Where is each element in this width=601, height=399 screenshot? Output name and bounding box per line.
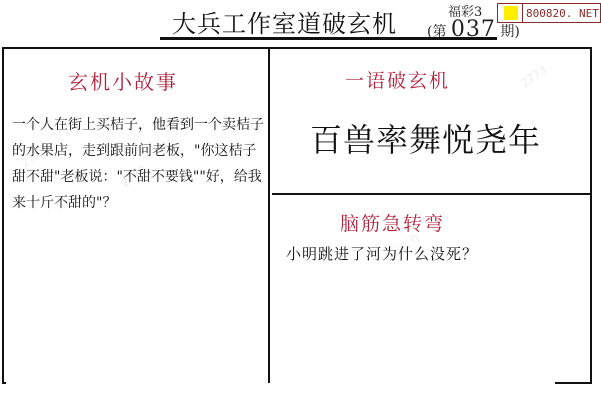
frame-corner — [555, 382, 592, 384]
riddle-heading: 脑筋急转弯 — [340, 209, 445, 236]
site-badge[interactable]: 800820. NET — [497, 3, 601, 23]
riddle-text: 小明跳进了河为什么没死？ — [286, 243, 478, 264]
yellow-square-icon — [504, 6, 518, 20]
issue-prefix: (第 — [427, 24, 446, 40]
issue-number: 037 — [451, 17, 496, 42]
phrase-text: 百兽率舞悦尧年 — [310, 115, 541, 161]
frame-corner — [2, 382, 6, 384]
site-badge-text: 800820. NET — [526, 7, 599, 20]
page-title: 大兵工作室道破玄机 — [172, 4, 397, 39]
phrase-heading: 一语破玄机 — [345, 66, 450, 93]
issue-suffix: 期) — [500, 24, 519, 40]
panel-divider — [272, 193, 590, 195]
badge-separator — [522, 4, 523, 22]
story-text: 一个人在街上买桔子，他看到一个卖桔子的水果店，走到跟前问老板，"你这桔子甜不甜"… — [12, 112, 270, 216]
story-heading: 玄机小故事 — [68, 66, 178, 95]
